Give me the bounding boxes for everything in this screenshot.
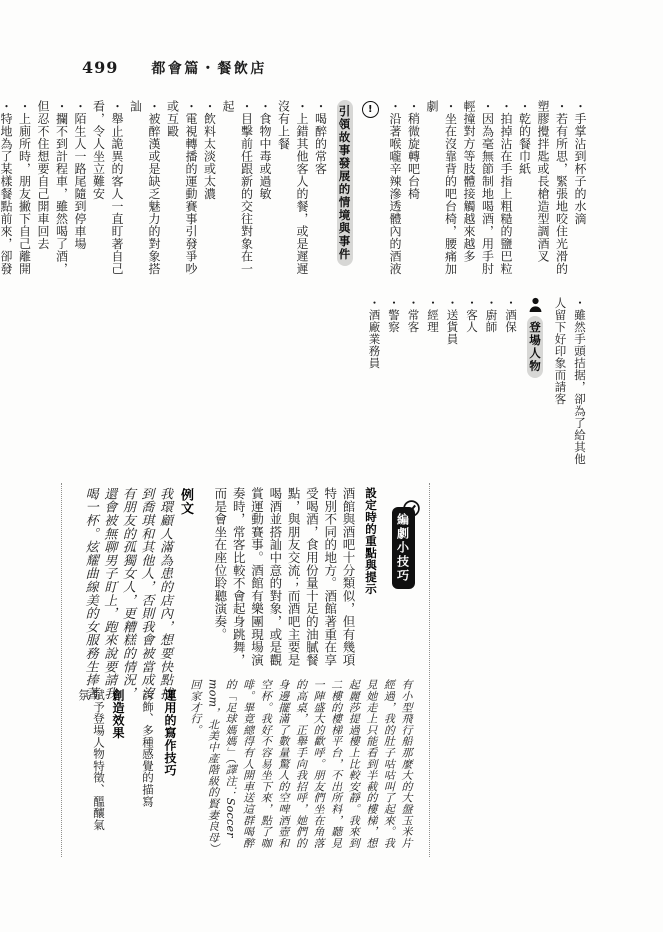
- list-item: ・坐在沒靠背的吧台椅，腰痛加劇: [423, 100, 460, 287]
- example-text-part-2: 有小型飛行船那麼大的大盤玉米片經過，我的肚子咕咕叫了起來。我見她走上只能看到半截…: [186, 679, 415, 859]
- list-item: ・沿著喉嚨辛辣滲透體內的酒液: [386, 100, 405, 287]
- list-item: ・手掌沾到杯子的水滴: [571, 100, 590, 287]
- list-item: ・因為毫無節制地喝酒，用手肘輕撞對方等肢體接觸越來越多: [460, 100, 497, 287]
- list-item: ・拍掉沾在手指上粗糙的鹽巴粒: [497, 100, 516, 287]
- list-item: ・廚師: [481, 297, 501, 473]
- book-page: 499 都會篇・餐飲店 ・手掌沾到杯子的水滴・若有所思，緊張地咬住光滑的塑膠攪拌…: [0, 0, 663, 932]
- tips-badge-group: 編劇小技巧: [391, 485, 415, 593]
- list-item: ・酒廠業務員: [364, 297, 384, 473]
- list-item: ・若有所思，緊張地咬住光滑的塑膠攪拌匙或長槍造型調酒叉: [534, 100, 571, 287]
- setup-section-body: 酒館與酒吧十分類似，但有幾項特別不同的地方。酒館著重在享受喝酒，食用份量十足的油…: [211, 487, 357, 667]
- technique-section-title: 運用的寫作技巧: [162, 689, 179, 799]
- story-events-title: 引領故事發展的情境與事件: [337, 100, 353, 266]
- page-number: 499: [82, 58, 118, 77]
- effect-section-title: 創造效果: [110, 689, 127, 749]
- list-item: ・上錯其他客人的餐，或是遲遲沒有上餐: [274, 100, 311, 287]
- chapter-title: 都會篇・餐飲店: [151, 58, 267, 78]
- list-item: ・舉止詭異的客人一直盯著自己看，令人坐立難安: [89, 100, 126, 287]
- list-item: ・上廁所時，朋友撇下自己離開: [15, 100, 34, 287]
- cast-title: 登場人物: [527, 316, 543, 378]
- example-text-part-1: 我環顧人滿為患的店內，想要快點找到喬琪和其他人，否則我會被當成沒有朋友的孤獨女人…: [80, 487, 173, 701]
- top-list-band-2: ・雖然手頭拮据，卻為了給其他人留下好印象而請客 登場人物 ・酒保・廚師・客人・送…: [364, 297, 589, 473]
- list-item: ・客人: [462, 297, 482, 473]
- screenwriting-tips-panel: 編劇小技巧 設定時的重點與提示 酒館與酒吧十分類似，但有幾項特別不同的地方。酒館…: [61, 483, 430, 857]
- list-item: ・被醉漢或是缺乏魅力的對象搭訕: [126, 100, 163, 287]
- list-item: ・攔不到計程車，雖然喝了酒，但忍不住想要自己開車回去: [34, 100, 71, 287]
- list-item: ・特地為了某樣餐點前來，卻發現已經不供應了: [0, 100, 15, 287]
- list-item: ・乾的餐巾紙: [515, 100, 534, 287]
- tips-badge: 編劇小技巧: [392, 507, 415, 589]
- exclamation-circle-icon: !: [362, 101, 379, 118]
- effect-section-body: 賦予登場人物特徵、醞釀氣氛: [76, 689, 106, 839]
- list-item: ・陌生人一路尾隨到停車場: [71, 100, 90, 287]
- setup-section-title: 設定時的重點與提示: [363, 487, 379, 597]
- example-section-title: 例文: [176, 488, 195, 522]
- technique-section-body: 誇飾、多種感覺的描寫: [140, 689, 155, 807]
- list-item: ・警察: [384, 297, 404, 473]
- story-events-header: !引領故事發展的情境與事件: [332, 100, 384, 287]
- list-item: ・常客: [403, 297, 423, 473]
- list-item: ・喝醉的常客: [311, 100, 330, 287]
- top-list-band-1: ・手掌沾到杯子的水滴・若有所思，緊張地咬住光滑的塑膠攪拌匙或長槍造型調酒叉・乾的…: [0, 100, 589, 287]
- running-head: 499 都會篇・餐飲店: [82, 58, 267, 78]
- list-item: ・經理: [423, 297, 443, 473]
- list-item: ・酒保: [501, 297, 521, 473]
- cast-header: 登場人物: [522, 297, 548, 473]
- list-item: ・稍微旋轉吧台椅: [404, 100, 423, 287]
- person-icon: [522, 297, 548, 313]
- list-item: ・雖然手頭拮据，卻為了給其他人留下好印象而請客: [550, 297, 589, 473]
- list-item: ・送貨員: [442, 297, 462, 473]
- list-item: ・目擊前任跟新的交往對象在一起: [219, 100, 256, 287]
- list-item: ・食物中毒或過敏: [256, 100, 275, 287]
- list-item: ・飲料太淡或太濃: [200, 100, 219, 287]
- list-item: ・電視轉播的運動賽事引發爭吵或互毆: [163, 100, 200, 287]
